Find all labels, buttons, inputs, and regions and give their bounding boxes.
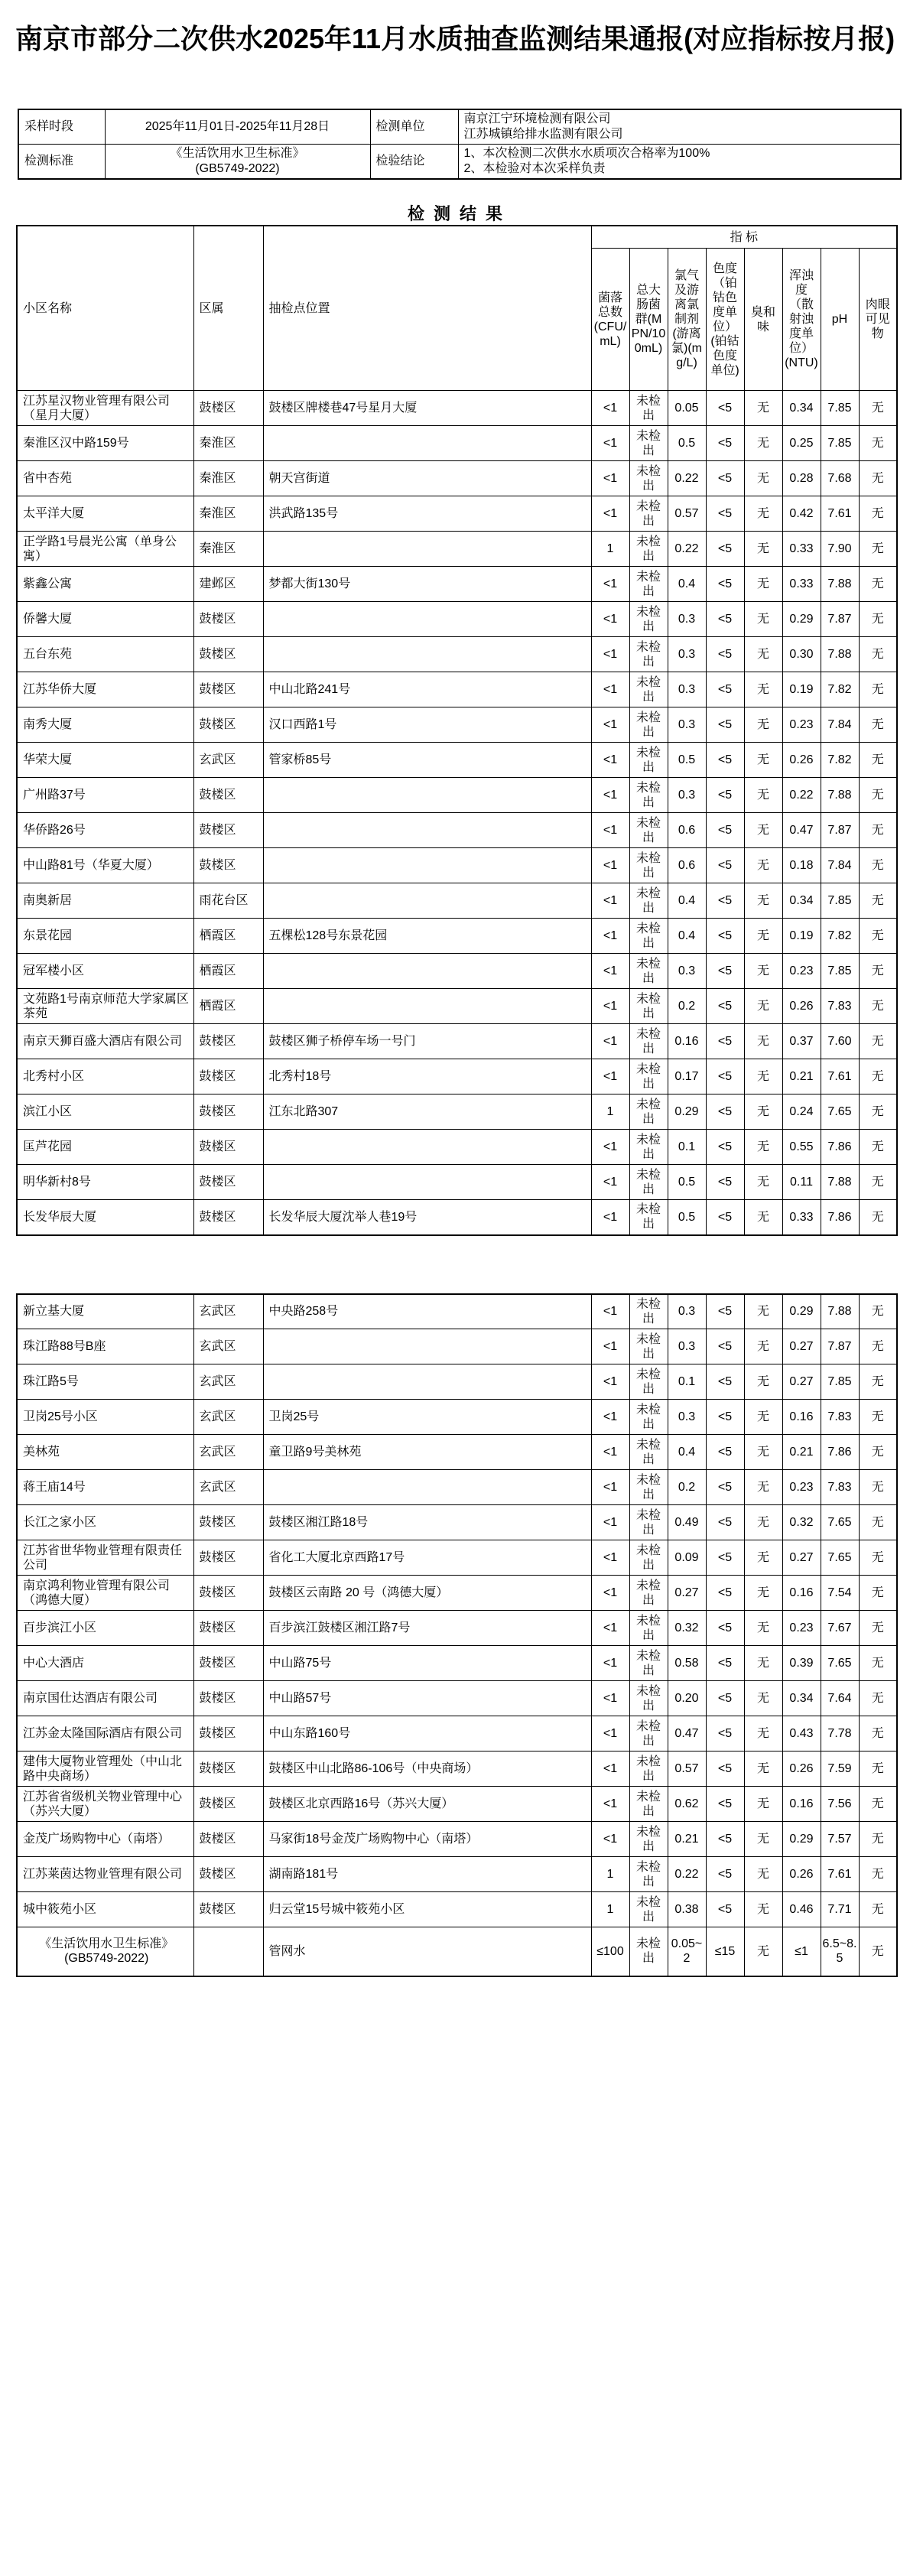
table-row: 南京国仕达酒店有限公司鼓楼区中山路57号<1未检出0.20<5无0.347.64… [17,1681,897,1716]
indicator-value-cell: <1 [591,1540,629,1576]
sampling-location-cell [263,1329,591,1364]
indicator-value-cell: 无 [859,954,897,989]
table-row: 太平洋大厦秦淮区洪武路135号<1未检出0.57<5无0.427.61无 [17,496,897,532]
community-name-cell: 明华新村8号 [17,1165,193,1200]
table-row: 南奥新居雨花台区<1未检出0.4<5无0.347.85无 [17,883,897,919]
indicator-value-cell: 无 [859,1294,897,1329]
indicator-value-cell: 0.05~2 [668,1927,706,1976]
indicator-value-cell: 0.32 [668,1611,706,1646]
community-name-cell: 卫岗25号小区 [17,1400,193,1435]
indicator-value-cell: 未检出 [629,1200,668,1235]
indicator-value-cell: 无 [744,1857,782,1892]
indicator-value-cell: 无 [859,391,897,426]
sampling-location-cell [263,602,591,637]
table-row: 五台东苑鼓楼区<1未检出0.3<5无0.307.88无 [17,637,897,672]
indicator-value-cell: 7.56 [821,1787,859,1822]
sampling-location-cell [263,426,591,461]
indicator-value-cell: <1 [591,1751,629,1787]
indicator-value-cell: 0.47 [668,1716,706,1751]
indicator-value-cell: 无 [859,1787,897,1822]
district-cell: 鼓楼区 [193,672,263,707]
indicator-value-cell: <5 [706,1200,744,1235]
indicator-value-cell: 无 [859,426,897,461]
indicator-value-cell: 0.5 [668,1200,706,1235]
indicator-value-cell: 7.82 [821,743,859,778]
report-page: { "title": "南京市部分二次供水2025年11月水质抽查监测结果通报(… [0,0,910,2576]
indicator-value-cell: 1 [591,532,629,567]
indicator-value-cell: <5 [706,1505,744,1540]
indicator-value-cell: 无 [859,1435,897,1470]
indicator-value-cell: 7.86 [821,1435,859,1470]
sampling-period-value: 2025年11月01日-2025年11月28日 [105,109,370,145]
indicator-value-cell: 未检出 [629,672,668,707]
indicator-value-cell: 无 [859,1611,897,1646]
indicator-value-cell: 无 [859,1927,897,1976]
community-name-cell: 侨馨大厦 [17,602,193,637]
community-name-cell: 长江之家小区 [17,1505,193,1540]
table-row: 城中筱苑小区鼓楼区归云堂15号城中筱苑小区1未检出0.38<5无0.467.71… [17,1892,897,1927]
result-table-page-2: 新立基大厦玄武区中央路258号<1未检出0.3<5无0.297.88无珠江路88… [16,1293,898,1977]
indicator-value-cell: 无 [744,1576,782,1611]
indicator-value-cell: 0.34 [782,883,821,919]
sampling-location-cell: 鼓楼区北京西路16号（苏兴大厦） [263,1787,591,1822]
indicator-value-cell: 0.20 [668,1681,706,1716]
column-header-district: 区属 [193,226,263,391]
indicator-value-cell: 0.22 [668,532,706,567]
table-row: 广州路37号鼓楼区<1未检出0.3<5无0.227.88无 [17,778,897,813]
indicator-value-cell: <1 [591,1024,629,1059]
indicator-value-cell: 7.88 [821,778,859,813]
indicator-value-cell: 未检出 [629,1611,668,1646]
indicator-value-cell: <5 [706,532,744,567]
indicator-header: 臭和味 [744,249,782,391]
indicator-value-cell: 无 [744,1751,782,1787]
indicator-value-cell: 0.47 [782,813,821,848]
indicator-value-cell: 7.87 [821,602,859,637]
indicator-value-cell: 无 [859,813,897,848]
district-cell: 鼓楼区 [193,1611,263,1646]
table-row: 建伟大厦物业管理处（中山北路中央商场）鼓楼区鼓楼区中山北路86-106号（中央商… [17,1751,897,1787]
indicator-value-cell: 无 [859,1505,897,1540]
indicator-value-cell: <1 [591,1400,629,1435]
indicator-value-cell: 无 [859,1200,897,1235]
table-row: 紫鑫公寓建邺区梦都大街130号<1未检出0.4<5无0.337.88无 [17,567,897,602]
indicator-value-cell: 0.19 [782,672,821,707]
sampling-location-cell: 管家桥85号 [263,743,591,778]
indicator-value-cell: 无 [744,1787,782,1822]
indicator-value-cell: 未检出 [629,1822,668,1857]
indicator-value-cell: <5 [706,1094,744,1130]
table-row: 明华新村8号鼓楼区<1未检出0.5<5无0.117.88无 [17,1165,897,1200]
indicator-value-cell: <5 [706,1294,744,1329]
info-row-standard: 检测标准 《生活饮用水卫生标准》 (GB5749-2022) 检验结论 1、本次… [18,145,901,180]
conclusion-line-1: 1、本次检测二次供水水质项次合格率为100% [464,146,895,161]
sampling-location-cell: 五棵松128号东景花园 [263,919,591,954]
indicator-value-cell: 0.29 [782,1822,821,1857]
indicator-value-cell: 0.58 [668,1646,706,1681]
sampling-location-cell [263,883,591,919]
sampling-location-cell: 省化工大厦北京西路17号 [263,1540,591,1576]
indicator-value-cell: <1 [591,1681,629,1716]
district-cell: 玄武区 [193,1329,263,1364]
table-row: 文苑路1号南京师范大学家属区茶苑栖霞区<1未检出0.2<5无0.267.83无 [17,989,897,1024]
indicator-value-cell: 无 [859,707,897,743]
indicator-value-cell: 0.6 [668,848,706,883]
column-header-name: 小区名称 [17,226,193,391]
indicator-value-cell: 1 [591,1094,629,1130]
indicator-value-cell: <5 [706,1822,744,1857]
district-cell: 鼓楼区 [193,1857,263,1892]
indicator-value-cell: <1 [591,1576,629,1611]
indicator-value-cell: 未检出 [629,778,668,813]
community-name-cell: 省中杏苑 [17,461,193,496]
indicator-value-cell: 无 [744,567,782,602]
table-row: 华荣大厦玄武区管家桥85号<1未检出0.5<5无0.267.82无 [17,743,897,778]
community-name-cell: 新立基大厦 [17,1294,193,1329]
sampling-location-cell: 湖南路181号 [263,1857,591,1892]
indicator-value-cell: 7.88 [821,1294,859,1329]
table-row: 江苏华侨大厦鼓楼区中山北路241号<1未检出0.3<5无0.197.82无 [17,672,897,707]
indicator-value-cell: 未检出 [629,919,668,954]
sampling-location-cell: 汉口西路1号 [263,707,591,743]
indicator-value-cell: 0.55 [782,1130,821,1165]
indicator-value-cell: 7.87 [821,1329,859,1364]
indicator-value-cell: <1 [591,602,629,637]
indicator-value-cell: 0.26 [782,989,821,1024]
indicator-value-cell: 未检出 [629,602,668,637]
sampling-location-cell: 童卫路9号美林苑 [263,1435,591,1470]
sampling-location-cell: 鼓楼区狮子桥停车场一号门 [263,1024,591,1059]
table-row: 珠江路5号玄武区<1未检出0.1<5无0.277.85无 [17,1364,897,1400]
indicator-value-cell: <5 [706,1751,744,1787]
indicator-value-cell: <1 [591,1329,629,1364]
district-cell: 玄武区 [193,1364,263,1400]
indicator-value-cell: <5 [706,1681,744,1716]
report-title: 南京市部分二次供水2025年11月水质抽查监测结果通报(对应指标按月报) [0,0,910,55]
table-row: 中心大酒店鼓楼区中山路75号<1未检出0.58<5无0.397.65无 [17,1646,897,1681]
indicator-value-cell: <5 [706,1059,744,1094]
indicator-value-cell: 0.21 [668,1822,706,1857]
indicator-value-cell: 未检出 [629,1329,668,1364]
indicator-value-cell: 7.87 [821,813,859,848]
sampling-location-cell: 江东北路307 [263,1094,591,1130]
indicator-value-cell: <5 [706,1165,744,1200]
community-name-cell: 五台东苑 [17,637,193,672]
indicator-value-cell: 无 [744,1200,782,1235]
community-name-cell: 正学路1号晨光公寓（单身公寓） [17,532,193,567]
table-row: 《生活饮用水卫生标准》 (GB5749-2022)管网水≤100未检出0.05~… [17,1927,897,1976]
indicator-value-cell: 未检出 [629,1576,668,1611]
indicator-value-cell: 0.3 [668,637,706,672]
sampling-location-cell [263,954,591,989]
community-name-cell: 中心大酒店 [17,1646,193,1681]
table-row: 南秀大厦鼓楼区汉口西路1号<1未检出0.3<5无0.237.84无 [17,707,897,743]
indicator-value-cell: 无 [744,1400,782,1435]
indicator-value-cell: 7.88 [821,567,859,602]
sampling-location-cell: 马家街18号金茂广场购物中心（南塔） [263,1822,591,1857]
indicator-value-cell: <5 [706,1329,744,1364]
community-name-cell: 江苏华侨大厦 [17,672,193,707]
community-name-cell: 建伟大厦物业管理处（中山北路中央商场） [17,1751,193,1787]
indicator-value-cell: 0.4 [668,567,706,602]
indicator-value-cell: <1 [591,637,629,672]
indicator-value-cell: 0.57 [668,1751,706,1787]
indicator-value-cell: <5 [706,919,744,954]
indicator-value-cell: 7.90 [821,532,859,567]
table-row: 滨江小区鼓楼区江东北路3071未检出0.29<5无0.247.65无 [17,1094,897,1130]
table-row: 珠江路88号B座玄武区<1未检出0.3<5无0.277.87无 [17,1329,897,1364]
indicator-value-cell: 7.82 [821,919,859,954]
community-name-cell: 太平洋大厦 [17,496,193,532]
sampling-location-cell: 长发华辰大厦沈举人巷19号 [263,1200,591,1235]
indicator-value-cell: 7.82 [821,672,859,707]
indicator-value-cell: 7.83 [821,1400,859,1435]
indicator-value-cell: 无 [744,672,782,707]
indicator-value-cell: <5 [706,461,744,496]
indicator-value-cell: 0.39 [782,1646,821,1681]
indicator-value-cell: 无 [859,1470,897,1505]
standard-line-1: 《生活饮用水卫生标准》 [111,146,365,161]
indicator-value-cell: <5 [706,1611,744,1646]
indicator-value-cell: 无 [744,1165,782,1200]
indicator-value-cell: <5 [706,989,744,1024]
indicator-value-cell: 无 [859,461,897,496]
indicator-value-cell: 7.64 [821,1681,859,1716]
district-cell: 鼓楼区 [193,1892,263,1927]
table-row: 东景花园栖霞区五棵松128号东景花园<1未检出0.4<5无0.197.82无 [17,919,897,954]
standard-value: 《生活饮用水卫生标准》 (GB5749-2022) [105,145,370,180]
indicator-value-cell: 0.29 [782,602,821,637]
indicator-value-cell: 无 [859,778,897,813]
indicator-value-cell: 无 [744,848,782,883]
indicator-value-cell: <5 [706,391,744,426]
indicator-value-cell: <5 [706,1646,744,1681]
info-row-sampling: 采样时段 2025年11月01日-2025年11月28日 检测单位 南京江宁环境… [18,109,901,145]
indicator-value-cell: 未检出 [629,637,668,672]
indicator-value-cell: 无 [859,1364,897,1400]
district-cell: 秦淮区 [193,461,263,496]
indicator-value-cell: <1 [591,848,629,883]
district-cell: 鼓楼区 [193,1505,263,1540]
table-row: 江苏省省级机关物业管理中心（苏兴大厦）鼓楼区鼓楼区北京西路16号（苏兴大厦）<1… [17,1787,897,1822]
community-name-cell: 金茂广场购物中心（南塔） [17,1822,193,1857]
indicator-value-cell: 0.17 [668,1059,706,1094]
indicator-value-cell: 0.5 [668,1165,706,1200]
sampling-location-cell: 卫岗25号 [263,1400,591,1435]
table-row: 秦淮区汉中路159号秦淮区<1未检出0.5<5无0.257.85无 [17,426,897,461]
indicator-value-cell: 无 [744,1927,782,1976]
sampling-location-cell [263,848,591,883]
indicator-value-cell: 未检出 [629,813,668,848]
district-cell: 玄武区 [193,1294,263,1329]
indicator-value-cell: 7.59 [821,1751,859,1787]
table-row: 华侨路26号鼓楼区<1未检出0.6<5无0.477.87无 [17,813,897,848]
indicator-value-cell: <5 [706,707,744,743]
indicator-value-cell: 未检出 [629,1059,668,1094]
indicator-value-cell: 7.84 [821,707,859,743]
community-name-cell: 《生活饮用水卫生标准》 (GB5749-2022) [17,1927,193,1976]
indicator-value-cell: 无 [859,989,897,1024]
indicator-value-cell: 7.84 [821,848,859,883]
indicator-value-cell: <5 [706,1892,744,1927]
indicator-value-cell: 无 [744,1505,782,1540]
district-cell: 栖霞区 [193,954,263,989]
table-row: 江苏莱茵达物业管理有限公司鼓楼区湖南路181号1未检出0.22<5无0.267.… [17,1857,897,1892]
indicator-value-cell: 0.29 [668,1094,706,1130]
indicator-value-cell: 0.29 [782,1294,821,1329]
indicator-group-header: 指 标 [591,226,897,249]
indicator-value-cell: 无 [744,778,782,813]
indicator-value-cell: 7.60 [821,1024,859,1059]
indicator-value-cell: 0.33 [782,1200,821,1235]
community-name-cell: 南奥新居 [17,883,193,919]
district-cell: 玄武区 [193,1470,263,1505]
sampling-location-cell: 中央路258号 [263,1294,591,1329]
indicator-value-cell: 无 [744,1611,782,1646]
indicator-value-cell: 0.27 [782,1364,821,1400]
indicator-value-cell: <1 [591,1505,629,1540]
indicator-value-cell: 无 [744,919,782,954]
district-cell: 鼓楼区 [193,602,263,637]
indicator-value-cell: 6.5~8.5 [821,1927,859,1976]
indicator-value-cell: <1 [591,1200,629,1235]
indicator-value-cell: 7.85 [821,1364,859,1400]
indicator-value-cell: <1 [591,813,629,848]
sampling-location-cell: 洪武路135号 [263,496,591,532]
indicator-value-cell: 未检出 [629,1130,668,1165]
indicator-value-cell: 7.65 [821,1505,859,1540]
indicator-value-cell: 未检出 [629,496,668,532]
indicator-value-cell: <5 [706,1130,744,1165]
indicator-value-cell: 0.23 [782,1611,821,1646]
indicator-value-cell: 无 [744,602,782,637]
sampling-location-cell: 百步滨江鼓楼区湘江路7号 [263,1611,591,1646]
indicator-value-cell: <5 [706,496,744,532]
sampling-location-cell: 鼓楼区牌楼巷47号星月大厦 [263,391,591,426]
indicator-value-cell: <1 [591,1646,629,1681]
table-row: 江苏省世华物业管理有限责任公司鼓楼区省化工大厦北京西路17号<1未检出0.09<… [17,1540,897,1576]
indicator-value-cell: 0.3 [668,778,706,813]
indicator-value-cell: 0.3 [668,707,706,743]
indicator-value-cell: <5 [706,743,744,778]
indicator-value-cell: 无 [744,637,782,672]
indicator-value-cell: 0.05 [668,391,706,426]
indicator-value-cell: 0.3 [668,1294,706,1329]
agency-line-2: 江苏城镇给排水监测有限公司 [464,127,895,142]
sampling-period-label: 采样时段 [18,109,105,145]
district-cell: 鼓楼区 [193,1130,263,1165]
district-cell: 鼓楼区 [193,637,263,672]
indicator-value-cell: 未检出 [629,1470,668,1505]
indicator-value-cell: <1 [591,1787,629,1822]
indicator-value-cell: 0.6 [668,813,706,848]
indicator-value-cell: 0.49 [668,1505,706,1540]
district-cell: 鼓楼区 [193,1646,263,1681]
indicator-value-cell: 0.27 [668,1576,706,1611]
indicator-value-cell: 无 [744,1130,782,1165]
table-row: 江苏星汉物业管理有限公司（星月大厦）鼓楼区鼓楼区牌楼巷47号星月大厦<1未检出0… [17,391,897,426]
indicator-value-cell: 7.61 [821,496,859,532]
district-cell: 鼓楼区 [193,1059,263,1094]
indicator-value-cell: <5 [706,1470,744,1505]
community-name-cell: 秦淮区汉中路159号 [17,426,193,461]
sampling-location-cell: 管网水 [263,1927,591,1976]
indicator-value-cell: 7.65 [821,1094,859,1130]
indicator-value-cell: 0.25 [782,426,821,461]
indicator-value-cell: 7.86 [821,1130,859,1165]
indicator-value-cell: 1 [591,1892,629,1927]
indicator-value-cell: 未检出 [629,1400,668,1435]
district-cell: 秦淮区 [193,532,263,567]
indicator-value-cell: 无 [859,602,897,637]
agency-line-1: 南京江宁环境检测有限公司 [464,112,895,127]
indicator-value-cell: 7.85 [821,426,859,461]
indicator-value-cell: 0.22 [668,461,706,496]
indicator-value-cell: <5 [706,672,744,707]
indicator-value-cell: 7.61 [821,1059,859,1094]
sampling-location-cell: 朝天宫街道 [263,461,591,496]
indicator-value-cell: 无 [744,1364,782,1400]
indicator-value-cell: 无 [859,1165,897,1200]
header-row-group: 小区名称 区属 抽检点位置 指 标 [17,226,897,249]
indicator-value-cell: <5 [706,1435,744,1470]
indicator-value-cell: 无 [859,1822,897,1857]
indicator-value-cell: 无 [859,637,897,672]
indicator-value-cell: 0.19 [782,919,821,954]
indicator-value-cell: 无 [744,1294,782,1329]
indicator-value-cell: 无 [859,1576,897,1611]
indicator-value-cell: 7.83 [821,989,859,1024]
indicator-value-cell: 无 [744,989,782,1024]
indicator-value-cell: 未检出 [629,1892,668,1927]
indicator-value-cell: 无 [744,532,782,567]
community-name-cell: 冠军楼小区 [17,954,193,989]
indicator-value-cell: 未检出 [629,567,668,602]
indicator-value-cell: 未检出 [629,1024,668,1059]
table-row: 蒋王庙14号玄武区<1未检出0.2<5无0.237.83无 [17,1470,897,1505]
indicator-value-cell: 无 [859,883,897,919]
table-row: 长发华辰大厦鼓楼区长发华辰大厦沈举人巷19号<1未检出0.5<5无0.337.8… [17,1200,897,1235]
standard-line-2: (GB5749-2022) [111,161,365,177]
indicator-value-cell: 0.38 [668,1892,706,1927]
indicator-value-cell: 无 [744,1892,782,1927]
indicator-value-cell: 无 [744,883,782,919]
indicator-value-cell: <1 [591,1470,629,1505]
indicator-value-cell: 未检出 [629,1751,668,1787]
indicator-header: 色度（铂钴色度单位）(铂钴色度单位) [706,249,744,391]
indicator-value-cell: 0.24 [782,1094,821,1130]
indicator-value-cell: 未检出 [629,1716,668,1751]
indicator-value-cell: 0.21 [782,1435,821,1470]
district-cell: 鼓楼区 [193,813,263,848]
conclusion-label: 检验结论 [370,145,458,180]
district-cell: 鼓楼区 [193,778,263,813]
indicator-value-cell: 7.78 [821,1716,859,1751]
indicator-value-cell: 7.67 [821,1611,859,1646]
indicator-value-cell: 0.4 [668,919,706,954]
indicator-value-cell: 未检出 [629,1294,668,1329]
indicator-value-cell: 未检出 [629,1165,668,1200]
community-name-cell: 美林苑 [17,1435,193,1470]
indicator-value-cell: 未检出 [629,883,668,919]
table-row: 长江之家小区鼓楼区鼓楼区湘江路18号<1未检出0.49<5无0.327.65无 [17,1505,897,1540]
indicator-value-cell: 未检出 [629,1681,668,1716]
district-cell: 鼓楼区 [193,1165,263,1200]
indicator-value-cell: 未检出 [629,1505,668,1540]
sampling-location-cell: 中山北路241号 [263,672,591,707]
indicator-value-cell: <1 [591,1716,629,1751]
indicator-value-cell: 无 [859,743,897,778]
